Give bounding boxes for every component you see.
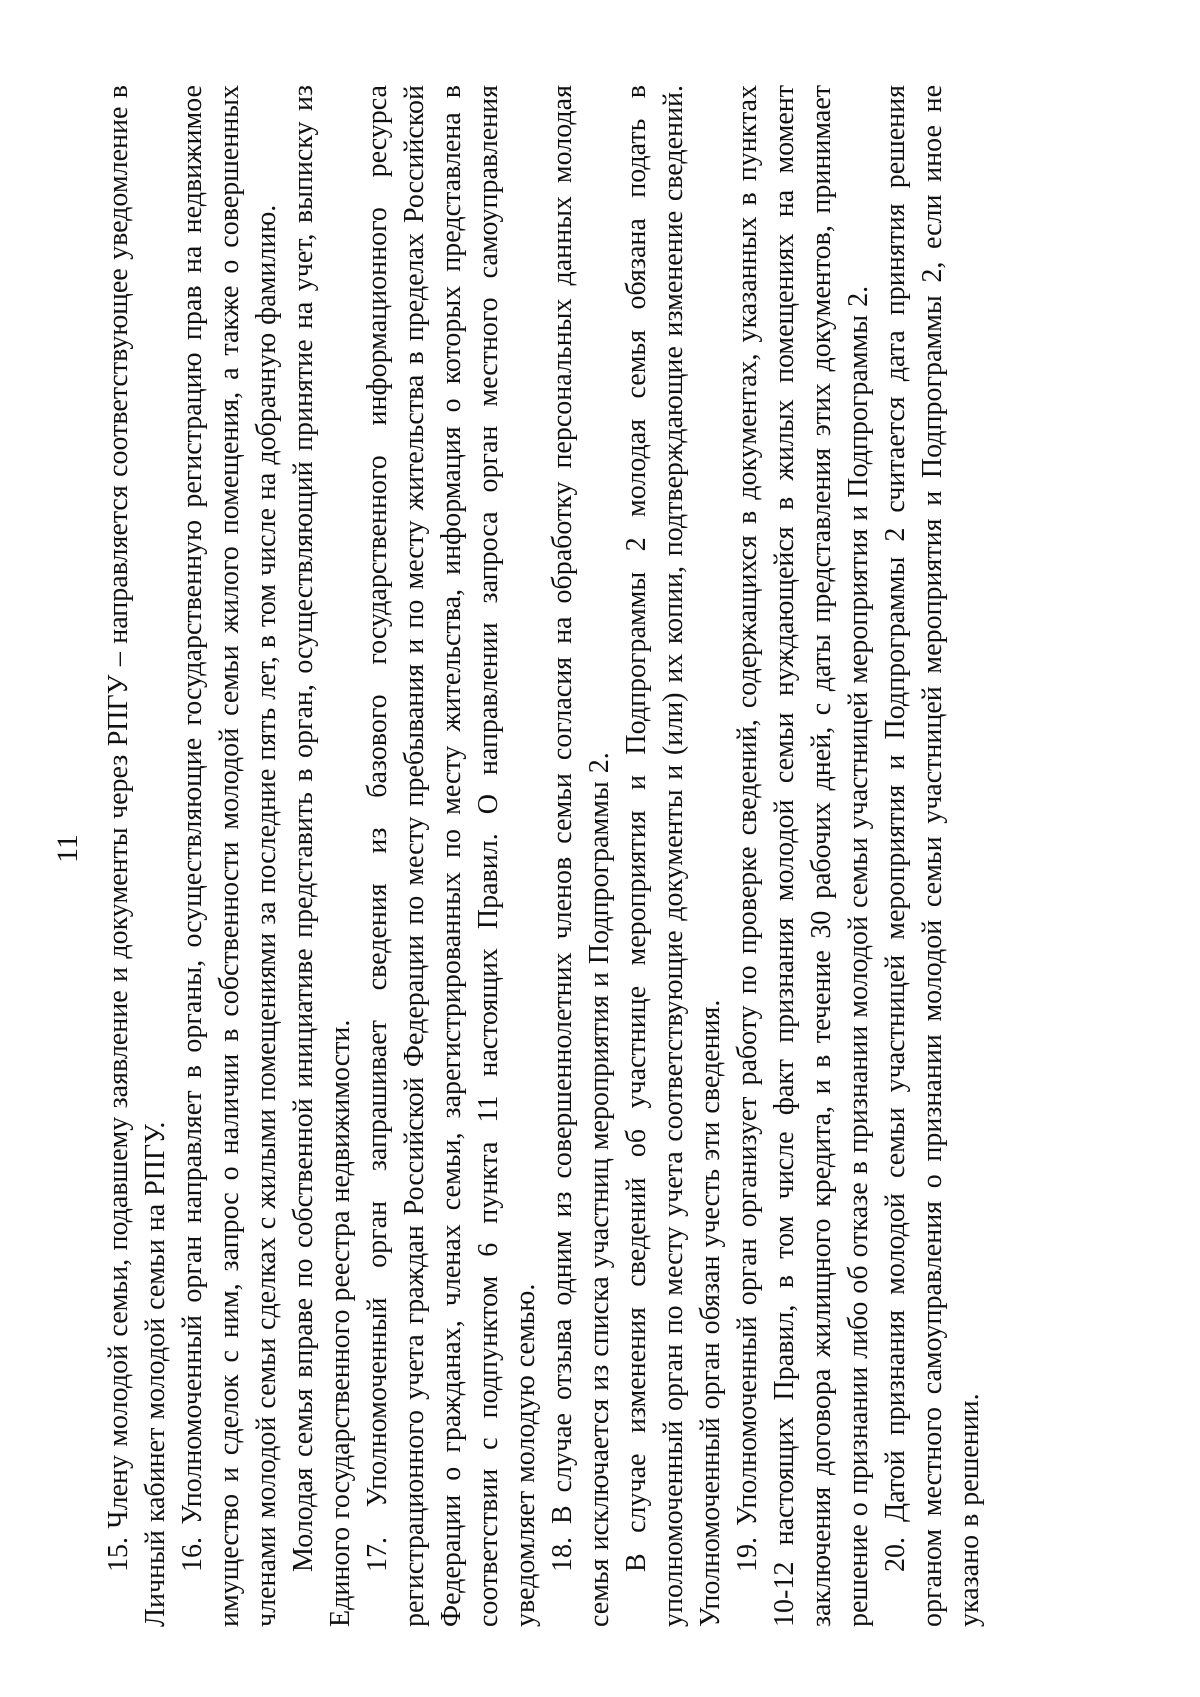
paragraph: 15. Члену молодой семьи, подавшему заявл…: [100, 85, 174, 1627]
paragraph: Молодая семья вправе по собственной иниц…: [285, 85, 359, 1627]
page-number: 11: [52, 0, 84, 1697]
paragraph: В случае изменения сведений об участнице…: [618, 85, 729, 1627]
document-body: 15. Члену молодой семьи, подавшему заявл…: [100, 85, 988, 1627]
paragraph: 20. Датой признания молодой семьи участн…: [877, 85, 988, 1627]
paragraph: 16. Уполномоченный орган направляет в ор…: [174, 85, 285, 1627]
paragraph: 17. Уполномоченный орган запрашивает све…: [359, 85, 544, 1627]
paragraph: 19. Уполномоченный орган организует рабо…: [729, 85, 877, 1627]
document-page: 11 15. Члену молодой семьи, подавшему за…: [0, 0, 1200, 1697]
paragraph: 18. В случае отзыва одним из совершеннол…: [544, 85, 618, 1627]
